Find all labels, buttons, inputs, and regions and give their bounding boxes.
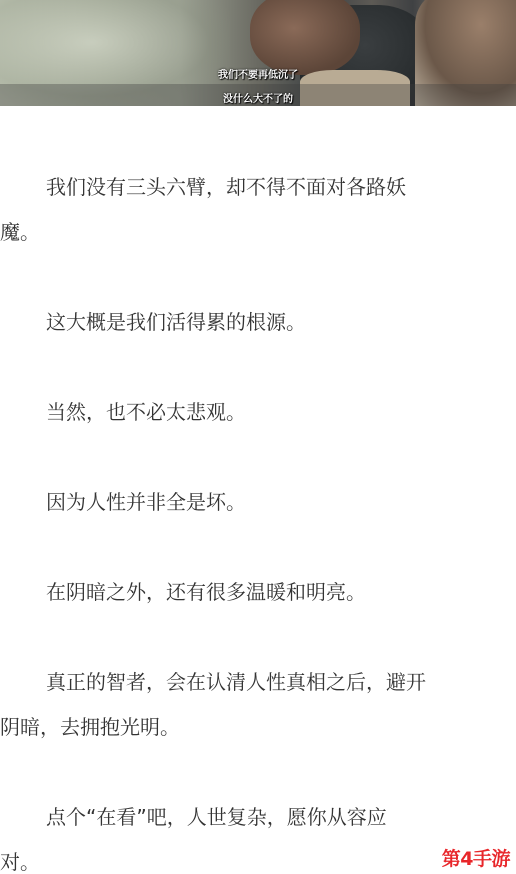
paragraph-2: 这大概是我们活得累的根源。 (0, 312, 516, 332)
paragraph-7-line-1: 点个“在看”吧，人世复杂，愿你从容应 (0, 807, 516, 827)
person-face (250, 0, 360, 75)
paragraph-3: 当然，也不必太悲观。 (0, 402, 516, 422)
paragraph-4: 因为人性并非全是坏。 (0, 492, 516, 512)
paragraph-1-line-1: 我们没有三头六臂，却不得不面对各路妖 (0, 177, 516, 197)
video-still-image: 我们不要再低沉了 没什么大不了的 (0, 0, 516, 106)
subtitle-line-2: 没什么大不了的 (0, 90, 516, 105)
watermark-logo: 第4手游 (442, 844, 510, 871)
subtitle-line-1: 我们不要再低沉了 (0, 66, 516, 81)
paragraph-1-line-2: 魔。 (0, 222, 516, 242)
paragraph-7-line-2: 对。 (0, 852, 516, 872)
paragraph-6-line-2: 阴暗，去拥抱光明。 (0, 717, 516, 737)
paragraph-5: 在阴暗之外，还有很多温暖和明亮。 (0, 582, 516, 602)
paragraph-6-line-1: 真正的智者，会在认清人性真相之后，避开 (0, 672, 516, 692)
